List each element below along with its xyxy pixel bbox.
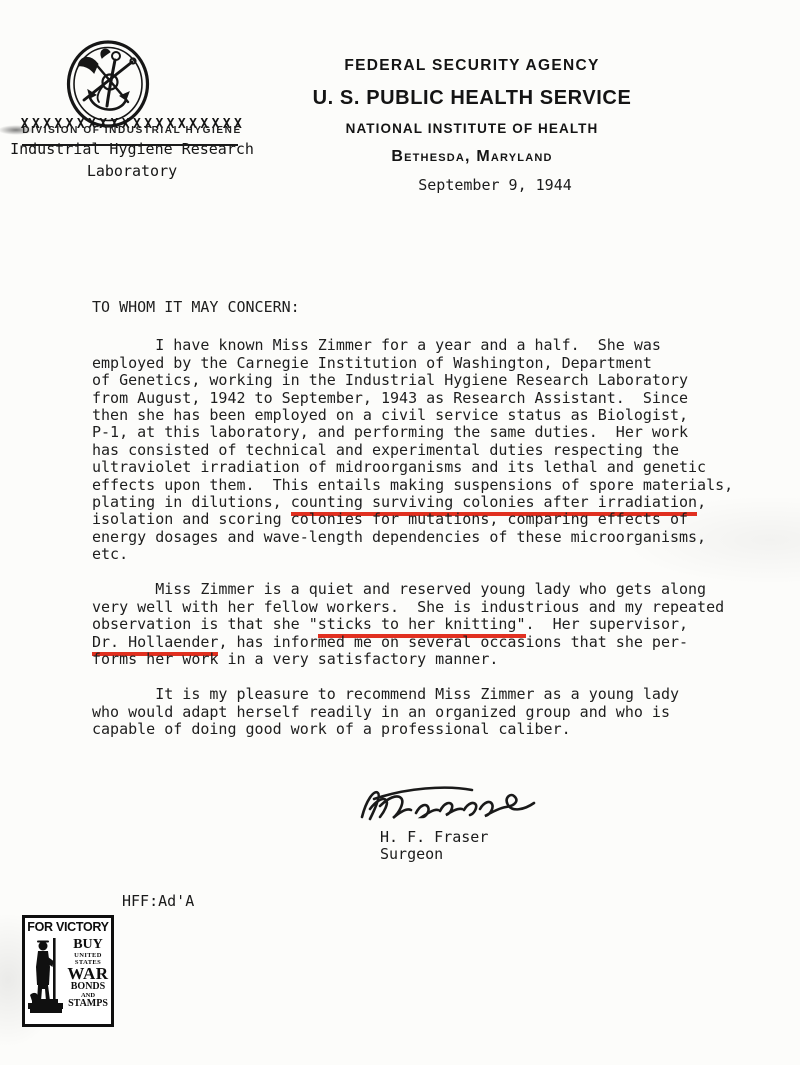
typed-line: P-1, at this laboratory, and performing … [92,424,764,441]
typed-line: employed by the Carnegie Institution of … [92,355,764,372]
usphs-seal-icon [66,40,150,128]
service-name: U. S. PUBLIC HEALTH SERVICE [272,87,672,110]
typed-line: forms her work in a very satisfactory ma… [92,651,764,668]
letterhead-center: FEDERAL SECURITY AGENCY U. S. PUBLIC HEA… [272,57,672,194]
victory-stamp: FOR VICTORY [22,915,114,1027]
typed-line: capable of doing good work of a professi… [92,721,764,738]
typed-line: ultraviolet irradiation of midroorganism… [92,459,764,476]
lab-name-line1: Industrial Hygiene Research [8,140,256,158]
signer-name: H. F. Fraser [380,829,488,846]
letterhead-left: XXXXXXXXXXXXXXXXXXXX DIVISION OF INDUSTR… [8,118,256,180]
paragraph: Miss Zimmer is a quiet and reserved youn… [92,581,764,668]
signer-title: Surgeon [380,846,488,863]
typed-line: Miss Zimmer is a quiet and reserved youn… [92,581,764,598]
typed-line: from August, 1942 to September, 1943 as … [92,390,764,407]
stamp-header: FOR VICTORY [26,920,110,934]
typed-line: I have known Miss Zimmer for a year and … [92,337,764,354]
letter-body: TO WHOM IT MAY CONCERN: I have known Mis… [92,299,764,757]
signature-script [350,779,545,831]
typed-line: very well with her fellow workers. She i… [92,599,764,616]
agency-name: FEDERAL SECURITY AGENCY [272,57,672,75]
typed-line: etc. [92,546,764,563]
lab-name-line2: Laboratory [8,162,256,180]
typed-line: plating in dilutions, counting surviving… [92,494,764,511]
institute-name: NATIONAL INSTITUTE OF HEALTH [272,121,672,136]
stamp-word-war: WAR [66,966,110,982]
stamp-word-united: UNITED [66,952,110,959]
salutation: TO WHOM IT MAY CONCERN: [92,299,764,316]
signature-block: H. F. Fraser Surgeon [380,829,488,864]
letter-paragraphs: I have known Miss Zimmer for a year and … [92,337,764,738]
reference-initials: HFF:Ad'A [122,892,194,910]
typed-line: has consisted of technical and experimen… [92,442,764,459]
typed-line: then she has been employed on a civil se… [92,407,764,424]
typed-line: who would adapt herself readily in an or… [92,704,764,721]
typed-line: It is my pleasure to recommend Miss Zimm… [92,686,764,703]
paragraph: I have known Miss Zimmer for a year and … [92,337,764,563]
stamp-text: BUY UNITED STATES WAR BONDS AND STAMPS [66,935,110,1020]
letter-page: XXXXXXXXXXXXXXXXXXXX DIVISION OF INDUSTR… [0,0,800,1065]
strike-line [22,144,238,146]
location-line: Bethesda, Maryland [272,148,672,166]
struck-division-name: DIVISION OF INDUSTRIAL HYGIENE [8,125,256,136]
stamp-word-buy: BUY [66,938,110,952]
typed-line: Dr. Hollaender, has informed me on sever… [92,634,764,651]
stamp-word-stamps: STAMPS [66,999,110,1009]
typed-line: isolation and scoring colonies for mutat… [92,511,764,528]
typed-line: effects upon them. This entails making s… [92,477,764,494]
typed-line: energy dosages and wave-length dependenc… [92,529,764,546]
typed-line: of Genetics, working in the Industrial H… [92,372,764,389]
minuteman-statue-icon [26,935,66,1020]
typed-line: observation is that she "sticks to her k… [92,616,764,633]
stamp-word-bonds: BONDS [66,982,110,992]
paragraph: It is my pleasure to recommend Miss Zimm… [92,686,764,738]
date-line: September 9, 1944 [295,176,695,194]
